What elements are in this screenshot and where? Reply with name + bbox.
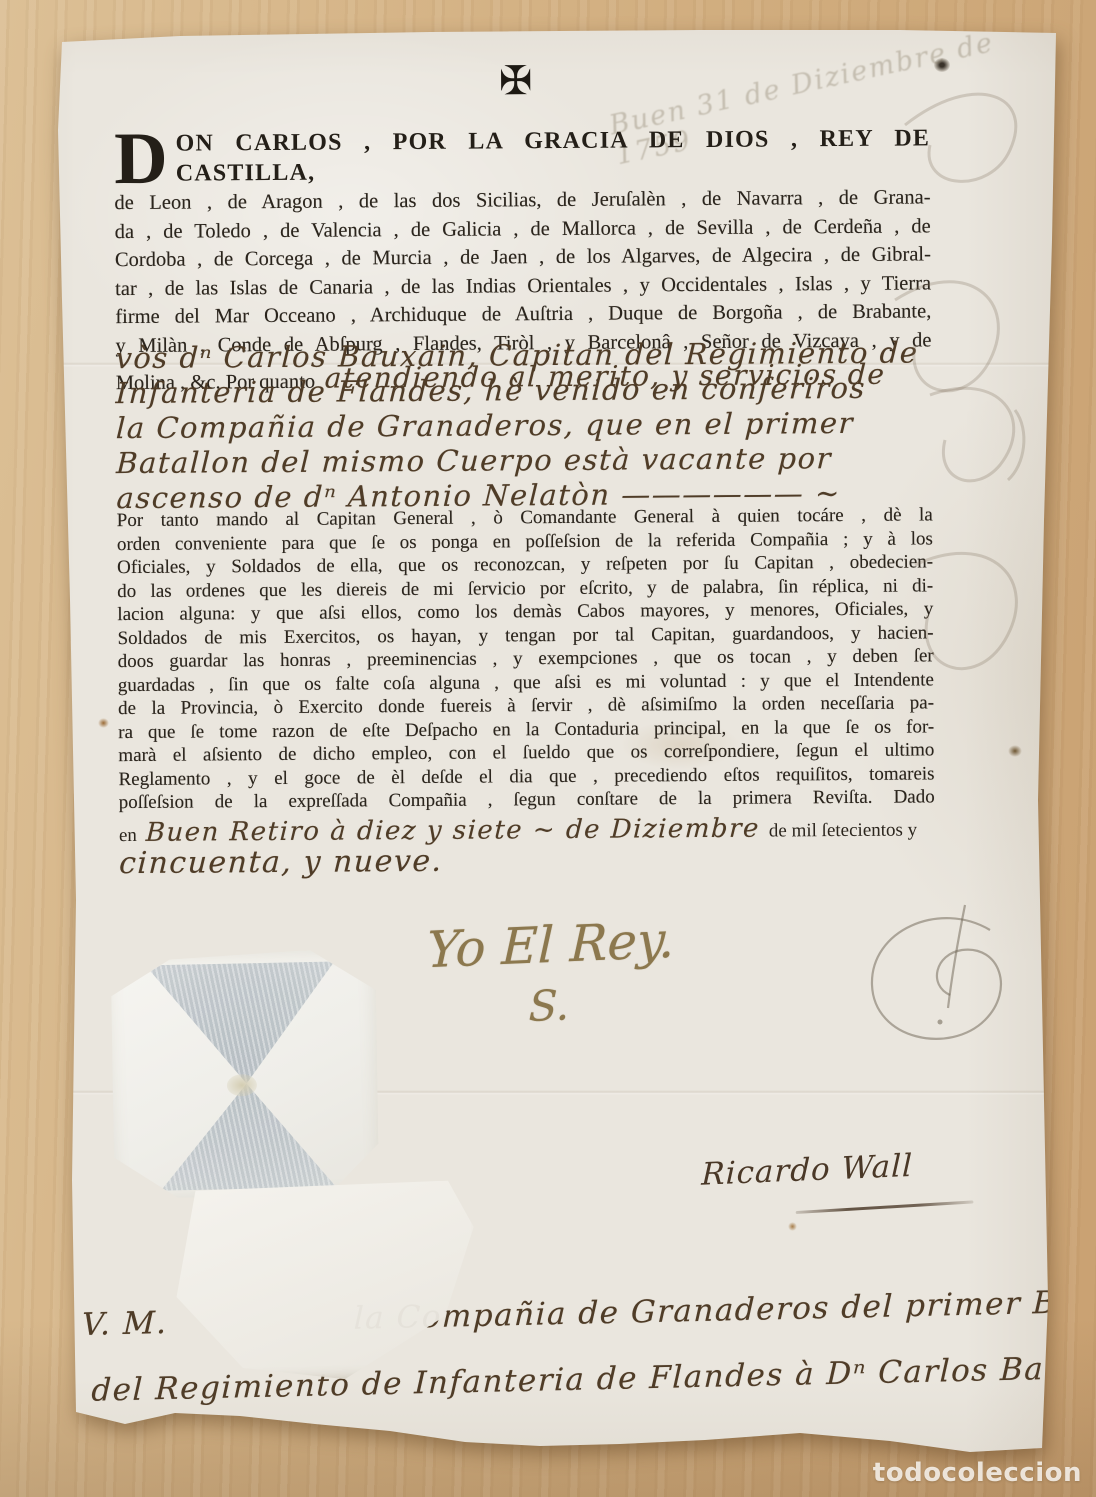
ghost-flourish-graphic	[0, 0, 1096, 1497]
photo-background: ✠ Buen 31 de Diziembre de 1759 D ON CARL…	[0, 0, 1096, 1497]
parchment-document: ✠ Buen 31 de Diziembre de 1759 D ON CARL…	[0, 0, 1096, 1497]
parchment-wrapper: ✠ Buen 31 de Diziembre de 1759 D ON CARL…	[0, 0, 1096, 1497]
site-watermark: todocoleccion	[873, 1458, 1082, 1488]
